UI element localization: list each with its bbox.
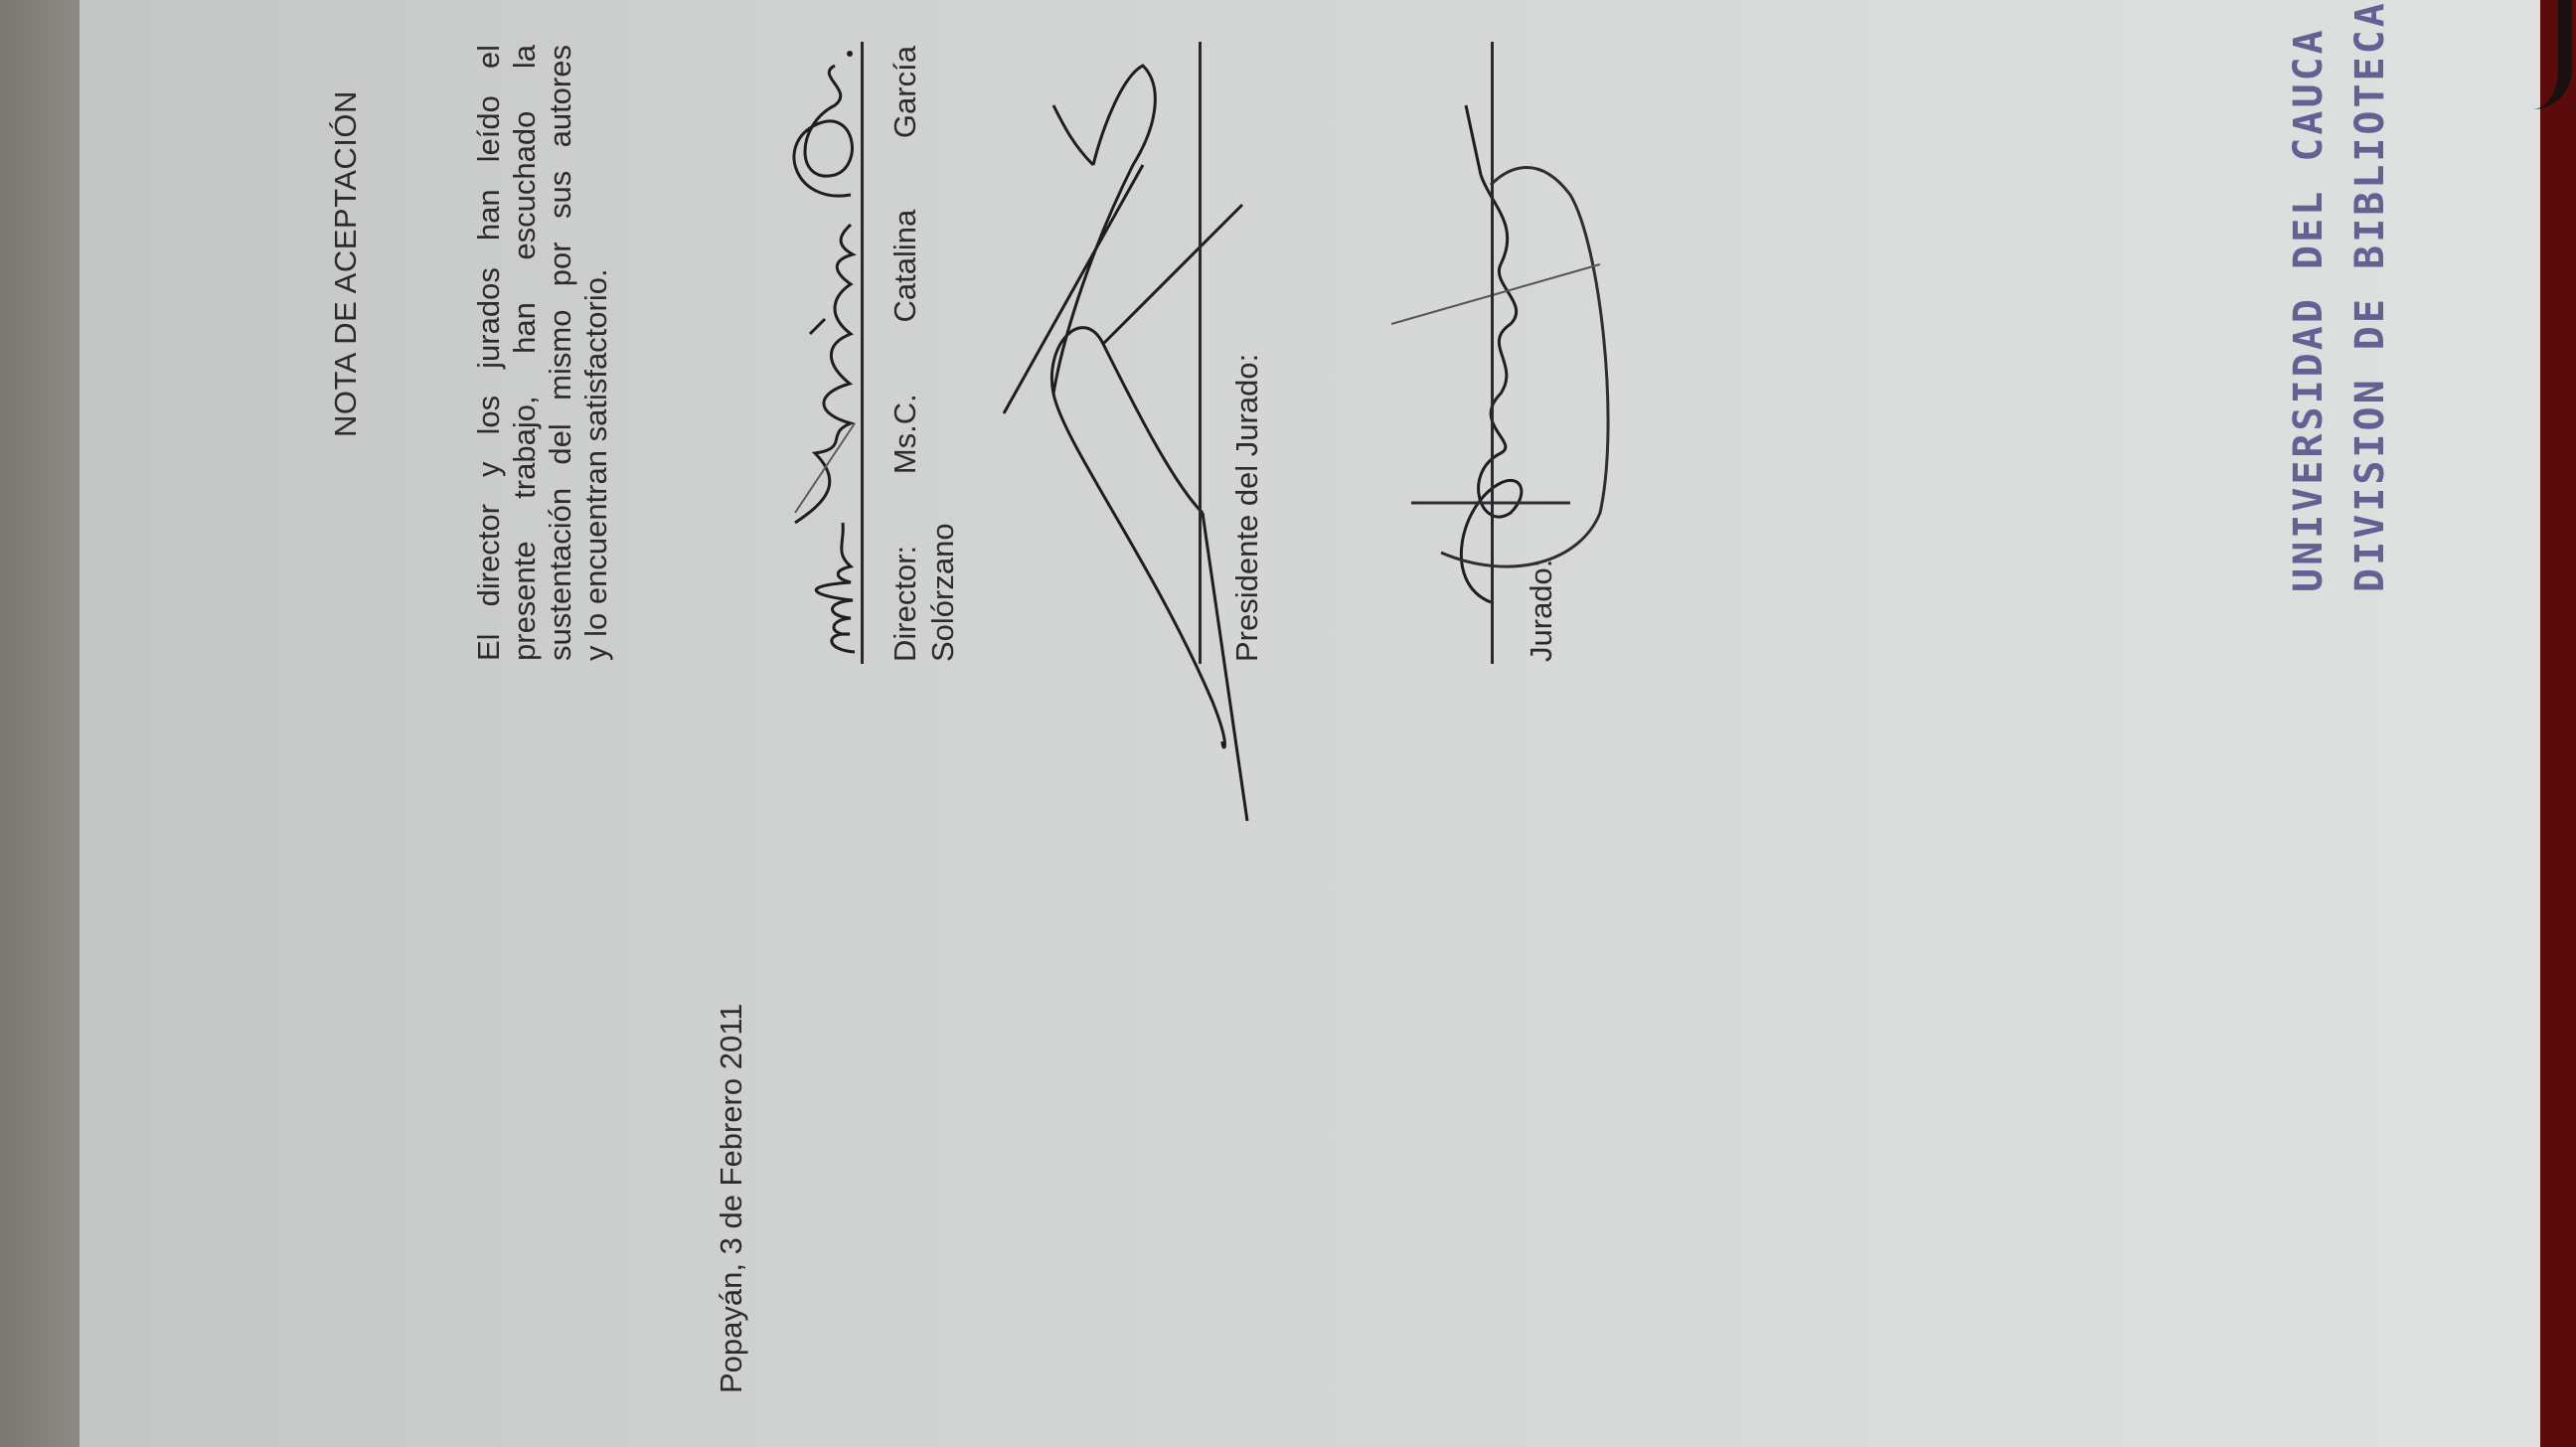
paragraph-line: y lo encuentran satisfactorio. [578, 45, 614, 661]
jury-label: Jurado: [1523, 560, 1560, 662]
place-and-date: Popayán, 3 de Febrero 2011 [714, 1004, 749, 1393]
director-signature [755, 46, 865, 662]
jury-signature-line [1491, 42, 1494, 664]
director-surname: García [886, 46, 924, 138]
president-label: Presidente del Jurado: [1228, 354, 1266, 662]
acceptance-page: NOTA DE ACEPTACIÓN El director y los jur… [0, 0, 2576, 1447]
library-stamp-line2: DIVISION DE BIBLIOTECAS [2347, 0, 2393, 592]
paragraph-line: El director y los jurados han leído el [471, 45, 507, 661]
library-stamp-line1: UNIVERSIDAD DEL CAUCA [2286, 27, 2332, 592]
president-signature-line [1199, 42, 1202, 664]
paragraph-line: sustentación del mismo por sus autores [543, 45, 578, 661]
director-title: Ms.C. [886, 394, 924, 474]
paragraph-line: presente trabajo, han escuchado la [507, 45, 543, 661]
director-credit: Director: Ms.C. Catalina García Solórzan… [886, 46, 962, 662]
acceptance-paragraph: El director y los jurados han leído el p… [471, 45, 614, 661]
director-first-name: Catalina [886, 210, 924, 323]
director-label: Director: [886, 546, 924, 662]
page-title: NOTA DE ACEPTACIÓN [328, 90, 364, 437]
director-second-surname: Solórzano [924, 46, 962, 662]
president-signature [984, 46, 1242, 761]
